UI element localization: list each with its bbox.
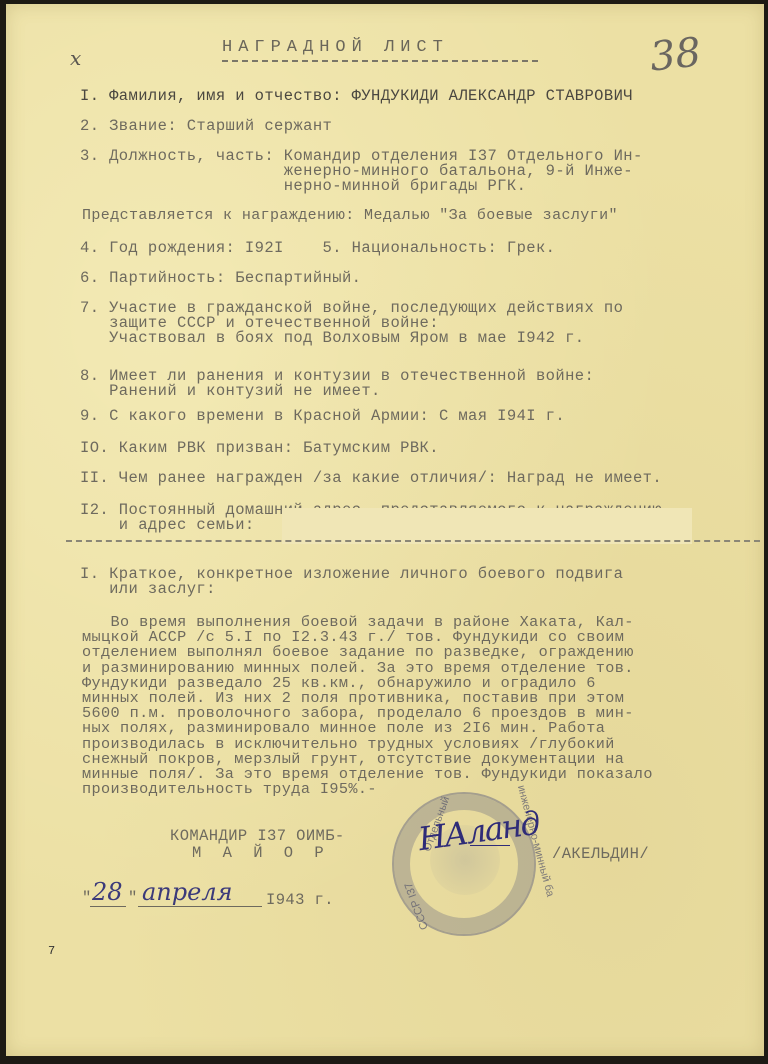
field-line: Представляется к награждению: Медалью "З… <box>82 208 618 224</box>
field-line: II. Чем ранее награжден /за какие отличи… <box>80 470 662 486</box>
title-underline <box>222 60 538 62</box>
date-day: 28 <box>92 878 123 906</box>
section-separator <box>66 540 760 542</box>
day-underline <box>90 906 126 907</box>
commander-name: /АКЕЛЬДИН/ <box>552 846 649 862</box>
date-open-quote: " <box>82 890 92 906</box>
date-month: апреля <box>142 878 233 906</box>
field-line: и адрес семьи: <box>80 517 255 533</box>
corner-mark: x <box>70 46 81 70</box>
field-line: 9. С какого времени в Красной Армии: С м… <box>80 408 565 424</box>
feat-text-line: производительность труда I95%.- <box>82 781 377 797</box>
address-redaction <box>282 508 692 544</box>
field-line: нерно-минной бригады РГК. <box>80 178 526 194</box>
feat-heading-line: или заслуг: <box>80 581 216 597</box>
feat-text-line: ных полях, разминировало минное поле из … <box>82 720 605 736</box>
feat-text-line: отделением выполнял боевое задание по ра… <box>82 644 634 660</box>
field-line: IO. Каким РВК призван: Батумским РВК. <box>80 440 439 456</box>
date-year: I943 г. <box>266 892 334 908</box>
commander-rank: М А Й О Р <box>192 845 330 861</box>
month-underline <box>138 906 262 907</box>
date-close-quote: " <box>128 890 138 906</box>
field-line: 2. Звание: Старший сержант <box>80 118 332 134</box>
field-line: 4. Год рождения: I92I 5. Национальность:… <box>80 240 555 256</box>
field-line: I. Фамилия, имя и отчество: ФУНДУКИДИ АЛ… <box>80 88 633 104</box>
field-line: 6. Партийность: Беспартийный. <box>80 270 361 286</box>
field-line: Ранений и контузий не имеет. <box>80 383 381 399</box>
field-line: Участвовал в боях под Волховым Яром в ма… <box>80 330 584 346</box>
signature-stroke <box>470 845 510 846</box>
pencil-sheet-number: 38 <box>648 29 703 80</box>
commander-title: КОМАНДИР I37 ОИМБ- <box>170 828 345 844</box>
document-title: НАГРАДНОЙ ЛИСТ <box>222 38 449 57</box>
margin-mark: 7 <box>48 944 55 958</box>
